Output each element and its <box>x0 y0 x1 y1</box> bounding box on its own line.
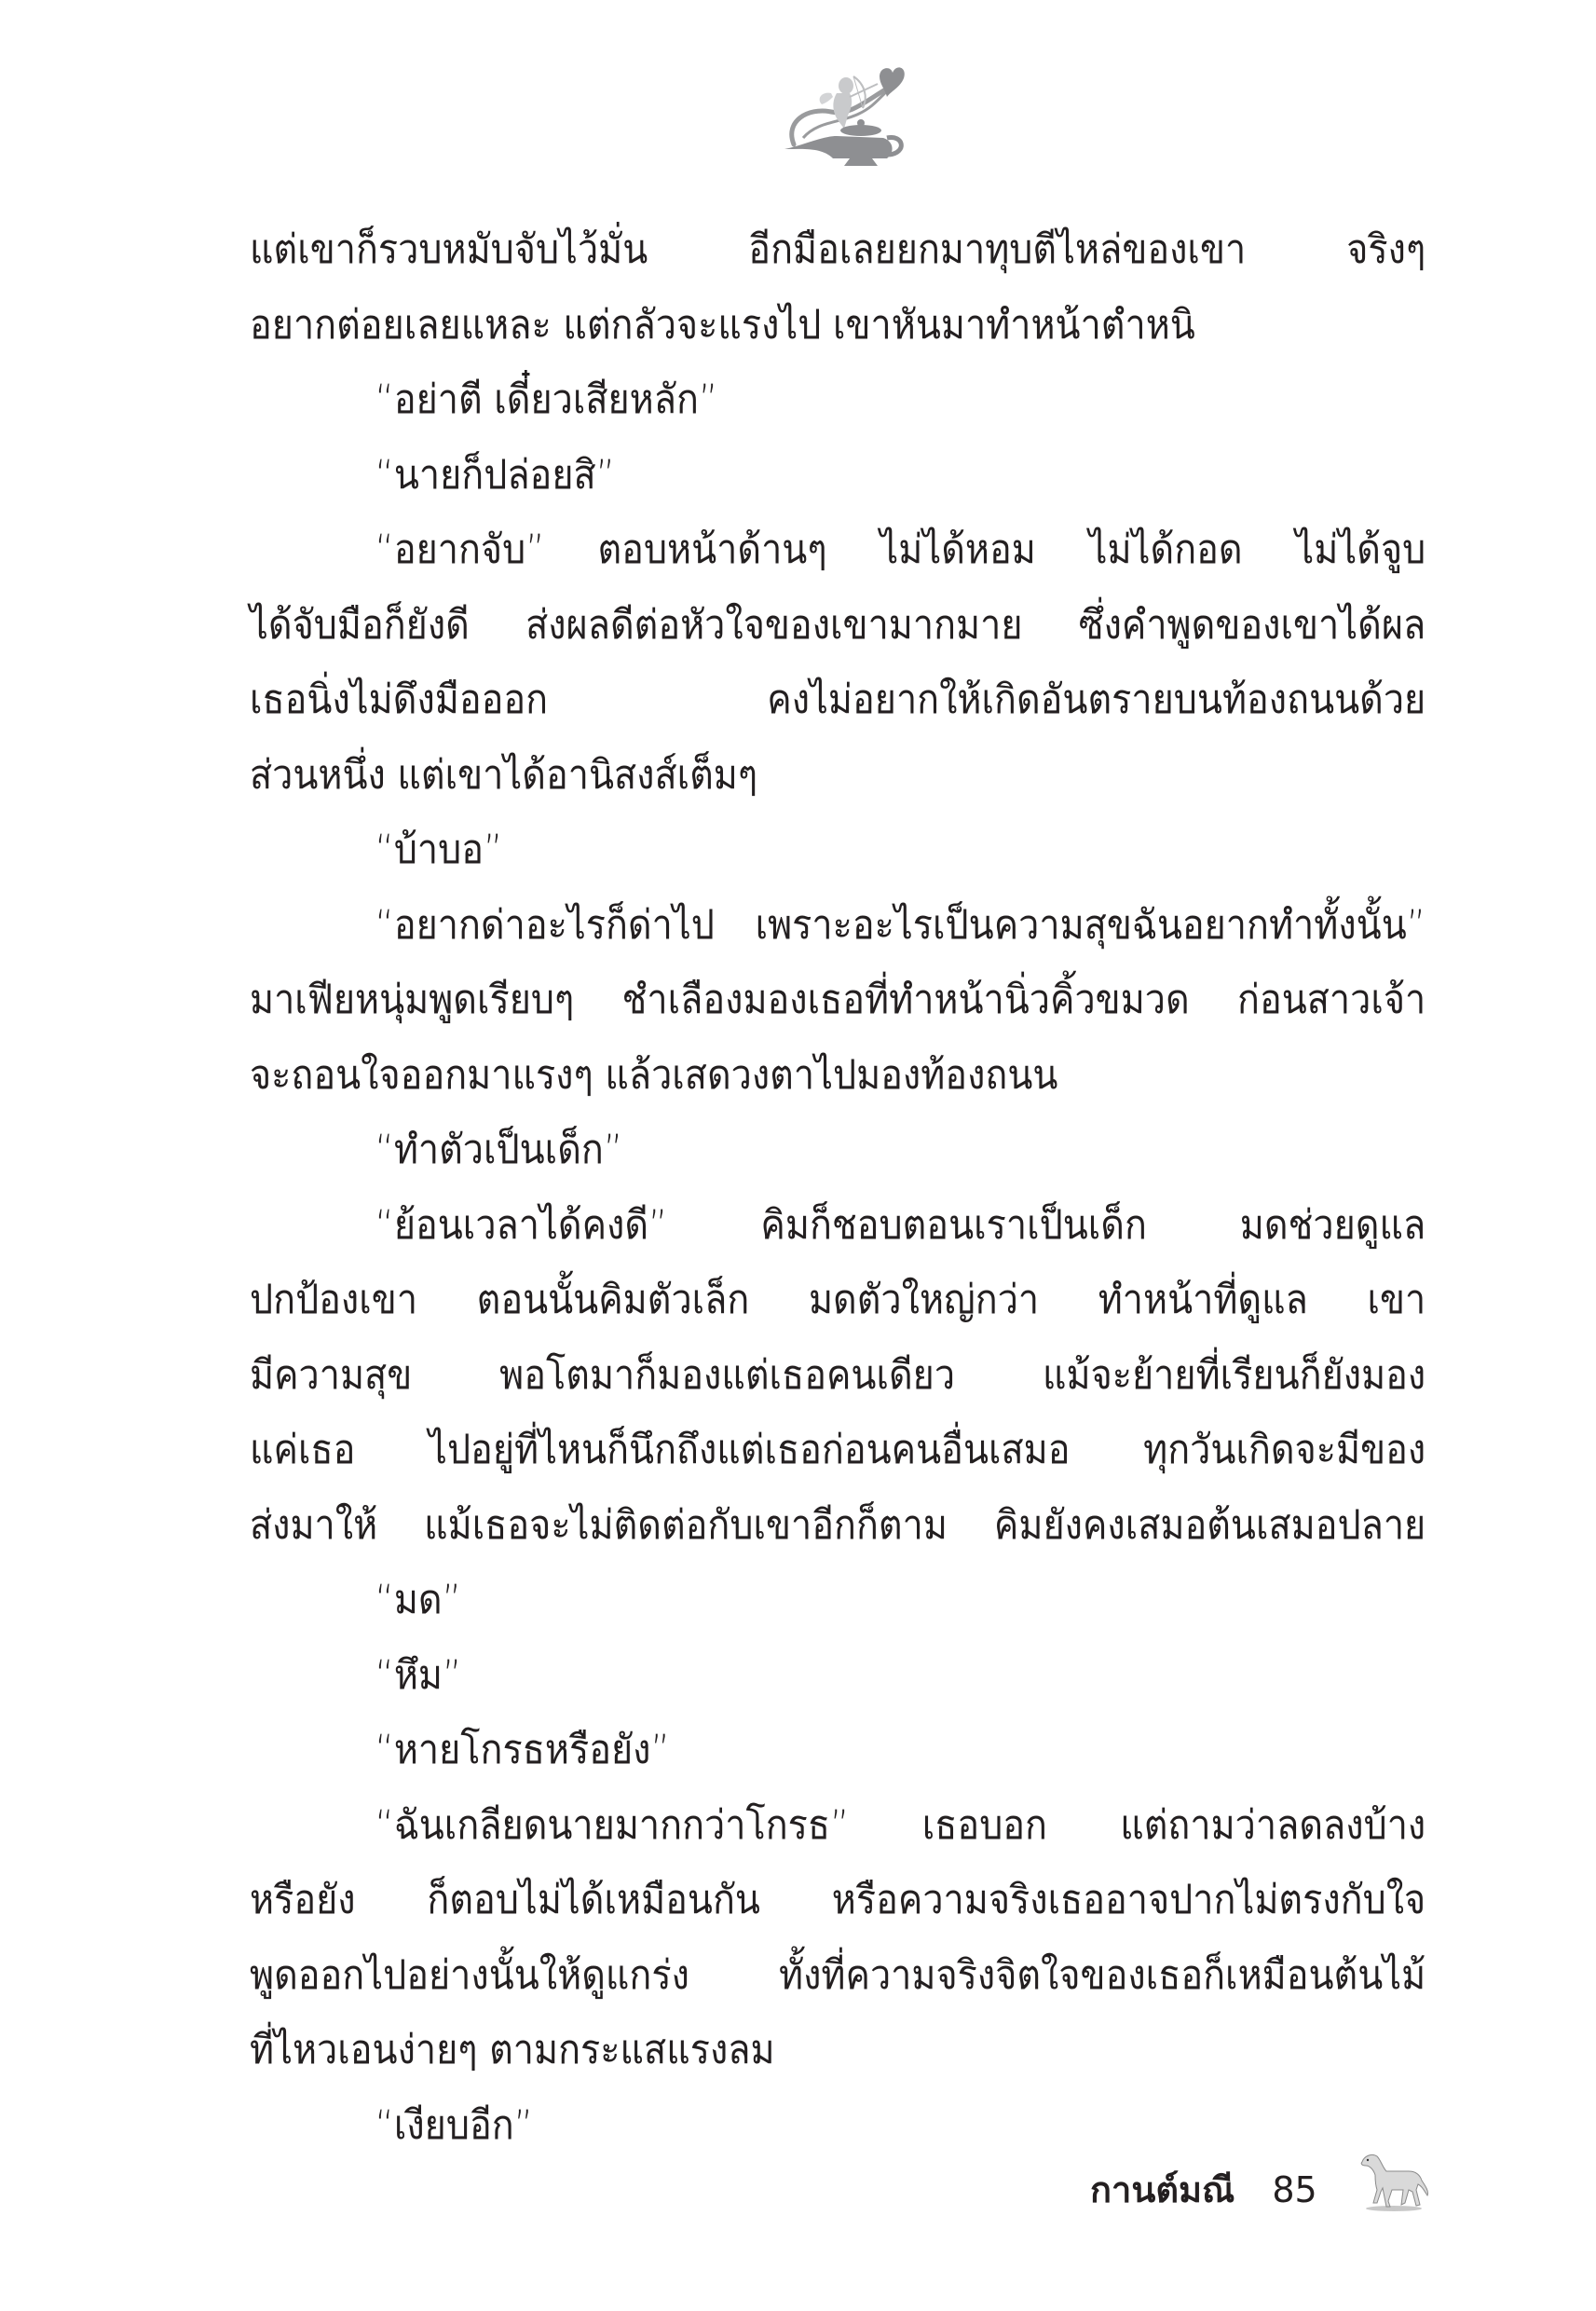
dialogue-line: “อย่าตี เดี๋ยวเสียหลัก” <box>250 362 1425 438</box>
text-line: “มด” <box>250 1563 1425 1638</box>
horse-icon <box>1355 2149 1431 2214</box>
text-line: พูดออกไปอย่างนั้นให้ดูแกร่ง ทั้งที่ความจ… <box>250 1938 1425 2014</box>
paragraph: “อยากด่าอะไรก็ด่าไป เพราะอะไรเป็นความสุข… <box>250 888 1425 1114</box>
page-footer: กานต์มณี 85 <box>1090 2143 1431 2218</box>
text-line: ที่ไหวเอนง่ายๆ ตามกระแสแรงลม <box>250 2013 1425 2088</box>
dialogue-line: “นายก็ปล่อยสิ” <box>250 438 1425 513</box>
text-line: ปกป้องเขา ตอนนั้นคิมตัวเล็ก มดตัวใหญ่กว่… <box>250 1263 1425 1338</box>
paragraph: แต่เขาก็รวบหมับจับไว้มั่น อีกมือเลยยกมาท… <box>250 212 1425 362</box>
text-line: “หายโกรธหรือยัง” <box>250 1713 1425 1788</box>
text-line: แต่เขาก็รวบหมับจับไว้มั่น อีกมือเลยยกมาท… <box>250 212 1425 288</box>
text-line: “ฉันเกลียดนายมากกว่าโกรธ” เธอบอก แต่ถามว… <box>250 1788 1425 1864</box>
dialogue-line: “หายโกรธหรือยัง” <box>250 1713 1425 1788</box>
paragraph: “ย้อนเวลาได้คงดี” คิมก็ชอบตอนเราเป็นเด็ก… <box>250 1188 1425 1564</box>
book-title: กานต์มณี <box>1090 2162 1235 2218</box>
dialogue-line: “ทำตัวเป็นเด็ก” <box>250 1113 1425 1188</box>
paragraph: “ฉันเกลียดนายมากกว่าโกรธ” เธอบอก แต่ถามว… <box>250 1788 1425 2088</box>
paragraph: “อยากจับ” ตอบหน้าด้านๆ ไม่ได้หอม ไม่ได้ก… <box>250 513 1425 813</box>
text-line: ส่งมาให้ แม้เธอจะไม่ติดต่อกับเขาอีกก็ตาม… <box>250 1488 1425 1564</box>
text-line: มาเฟียหนุ่มพูดเรียบๆ ชำเลืองมองเธอที่ทำห… <box>250 963 1425 1038</box>
text-line: หรือยัง ก็ตอบไม่ได้เหมือนกัน หรือความจริ… <box>250 1863 1425 1938</box>
text-line: มีความสุข พอโตมาก็มองแต่เธอคนเดียว แม้จะ… <box>250 1338 1425 1414</box>
text-line: ได้จับมือก็ยังดี ส่งผลดีต่อหัวใจของเขามา… <box>250 588 1425 663</box>
dialogue-line: “มด” <box>250 1563 1425 1638</box>
text-line: จะถอนใจออกมาแรงๆ แล้วเสดวงตาไปมองท้องถนน <box>250 1038 1425 1114</box>
cupid-magic-lamp-icon <box>775 56 915 168</box>
text-line: “อยากด่าอะไรก็ด่าไป เพราะอะไรเป็นความสุข… <box>250 888 1425 964</box>
text-line: “นายก็ปล่อยสิ” <box>250 438 1425 513</box>
page-number: 85 <box>1272 2162 1316 2218</box>
dialogue-line: “บ้าบอ” <box>250 813 1425 888</box>
text-line: ส่วนหนึ่ง แต่เขาได้อานิสงส์เต็มๆ <box>250 738 1425 814</box>
text-line: แค่เธอ ไปอยู่ที่ไหนก็นึกถึงแต่เธอก่อนคนอ… <box>250 1413 1425 1488</box>
text-line: “หึม” <box>250 1638 1425 1714</box>
text-line: “ทำตัวเป็นเด็ก” <box>250 1113 1425 1188</box>
text-line: อยากต่อยเลยแหละ แต่กลัวจะแรงไป เขาหันมาท… <box>250 288 1425 363</box>
text-line: “บ้าบอ” <box>250 813 1425 888</box>
text-line: เธอนิ่งไม่ดึงมือออก คงไม่อยากให้เกิดอันต… <box>250 663 1425 738</box>
dialogue-line: “หึม” <box>250 1638 1425 1714</box>
text-line: “ย้อนเวลาได้คงดี” คิมก็ชอบตอนเราเป็นเด็ก… <box>250 1188 1425 1264</box>
text-line: “อยากจับ” ตอบหน้าด้านๆ ไม่ได้หอม ไม่ได้ก… <box>250 513 1425 588</box>
text-line: “อย่าตี เดี๋ยวเสียหลัก” <box>250 362 1425 438</box>
page-body: แต่เขาก็รวบหมับจับไว้มั่น อีกมือเลยยกมาท… <box>250 212 1425 2163</box>
